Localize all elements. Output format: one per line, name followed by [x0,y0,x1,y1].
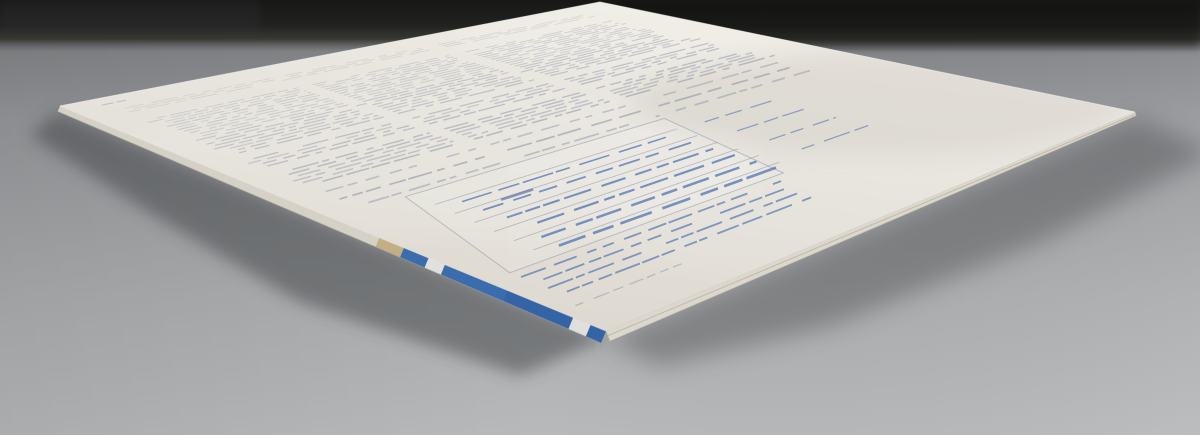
photo-canvas [0,0,1200,435]
photo-lp-jacket-on-table [0,0,1200,435]
wall-band-light-left [0,0,260,34]
